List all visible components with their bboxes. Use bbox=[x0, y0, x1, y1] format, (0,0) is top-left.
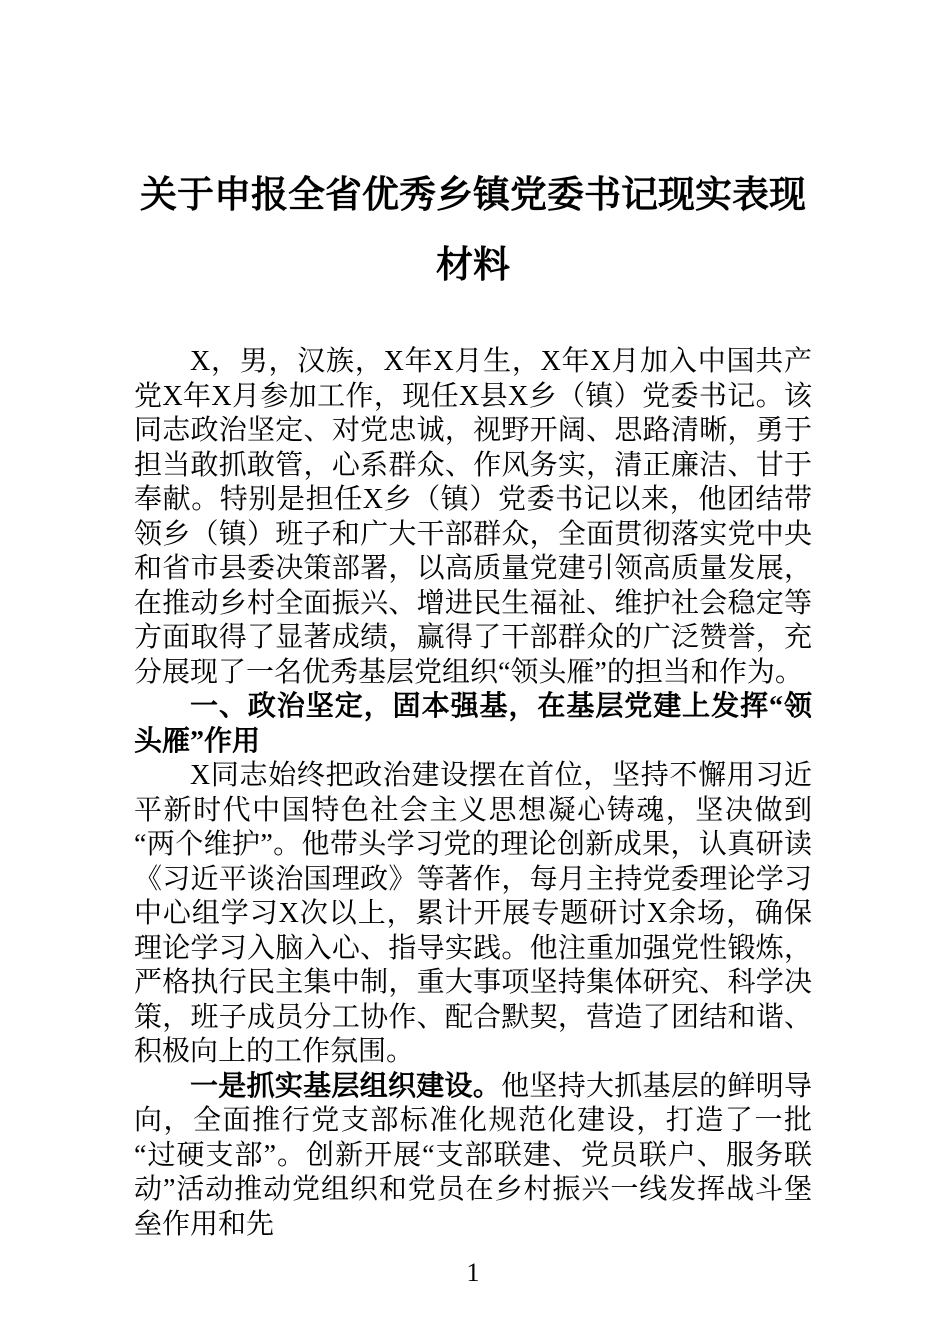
paragraph-political-stance: X同志始终把政治建设摆在首位，坚持不懈用习近平新时代中国特色社会主义思想凝心铸魂… bbox=[134, 759, 812, 1070]
paragraph-intro: X，男，汉族，X年X月生，X年X月加入中国共产党X年X月参加工作，现任X县X乡（… bbox=[134, 345, 812, 690]
paragraph-grassroots-organization: 一是抓实基层组织建设。他坚持大抓基层的鲜明导向，全面推行党支部标准化规范化建设，… bbox=[134, 1070, 812, 1243]
document-title: 关于申报全省优秀乡镇党委书记现实表现材料 bbox=[134, 160, 812, 300]
document-page: 关于申报全省优秀乡镇党委书记现实表现材料 X，男，汉族，X年X月生，X年X月加入… bbox=[0, 0, 950, 1344]
bold-point-lead: 一是抓实基层组织建设。 bbox=[190, 1071, 501, 1102]
page-number: 1 bbox=[134, 1258, 812, 1288]
section-heading-1: 一、政治坚定，固本强基，在基层党建上发挥“领头雁”作用 bbox=[134, 690, 812, 759]
document-body: X，男，汉族，X年X月生，X年X月加入中国共产党X年X月参加工作，现任X县X乡（… bbox=[134, 345, 812, 1242]
